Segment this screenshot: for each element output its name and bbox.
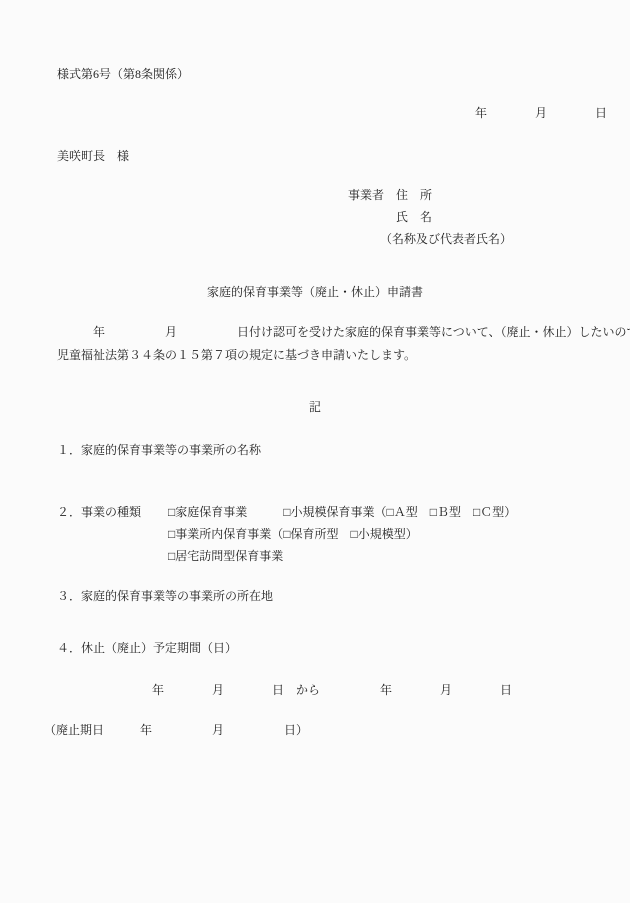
item2-heading: ２．事業の種類 <box>57 504 141 520</box>
document-page: 様式第6号（第8条関係） 年 月 日 美咲町長 様 事業者 住 所 氏 名 （名… <box>0 0 630 903</box>
body-paragraph-line-2: 児童福祉法第３４条の１５第７項の規定に基づき申請いたします。 <box>57 347 416 363</box>
record-marker: 記 <box>0 399 630 415</box>
header-date-blanks: 年 月 日 <box>475 105 607 121</box>
item2-option-line-1: □家庭保育事業 □小規模保育事業（□Ａ型 □Ｂ型 □Ｃ型） <box>168 504 516 520</box>
document-title: 家庭的保育事業等（廃止・休止）申請書 <box>0 284 630 300</box>
applicant-name-label: 氏 名 <box>396 209 432 225</box>
item4-abolition-date-blanks: （廃止期日 年 月 日） <box>44 722 308 738</box>
applicant-address-label: 事業者 住 所 <box>348 187 432 203</box>
form-number: 様式第6号（第8条関係） <box>57 66 189 82</box>
item2-option-line-3: □居宅訪問型保育事業 <box>168 548 283 564</box>
body-paragraph-line-1: 年 月 日付け認可を受けた家庭的保育事業等について、（廃止・休止）したいので、 <box>57 324 630 340</box>
item4-heading: ４．休止（廃止）予定期間（日） <box>57 640 237 656</box>
item3-heading: ３．家庭的保育事業等の事業所の所在地 <box>57 588 273 604</box>
item2-option-line-2: □事業所内保育事業（□保育所型 □小規模型） <box>168 526 418 542</box>
applicant-name-note: （名称及び代表者氏名） <box>380 231 512 247</box>
addressee: 美咲町長 様 <box>57 148 129 164</box>
item1-heading: １．家庭的保育事業等の事業所の名称 <box>57 442 261 458</box>
item4-period-blanks: 年 月 日 から 年 月 日 <box>152 682 512 698</box>
